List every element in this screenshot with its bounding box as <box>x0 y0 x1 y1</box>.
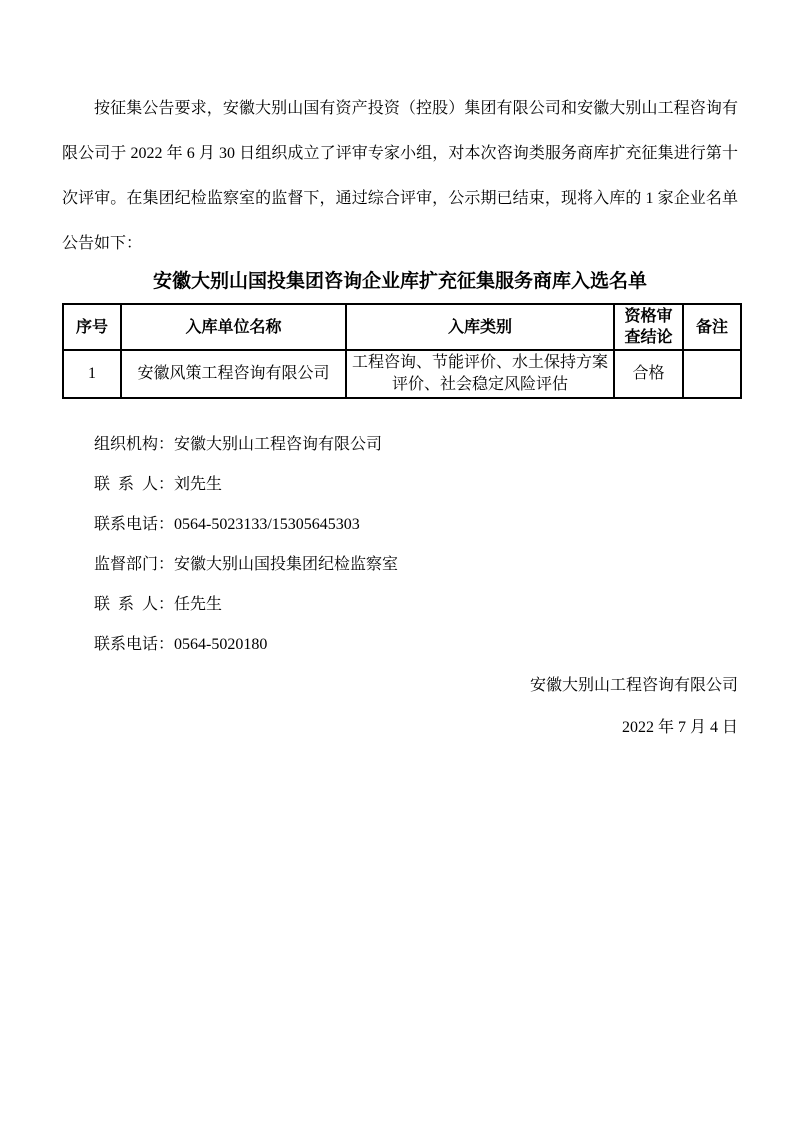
document-page: 按征集公告要求，安徽大别山国有资产投资（控股）集团有限公司和安徽大别山工程咨询有… <box>0 0 793 1122</box>
intro-paragraph: 按征集公告要求，安徽大别山国有资产投资（控股）集团有限公司和安徽大别山工程咨询有… <box>62 86 738 266</box>
table-title: 安徽大别山国投集团咨询企业库扩充征集服务商库入选名单 <box>62 268 738 296</box>
cell-unit-name: 安徽风策工程咨询有限公司 <box>121 350 346 398</box>
contact-line-person-1: 联 系 人：刘先生 <box>94 465 738 505</box>
cell-index: 1 <box>63 350 121 398</box>
cell-review-result: 合格 <box>614 350 683 398</box>
contact-line-organizer: 组织机构：安徽大别山工程咨询有限公司 <box>94 425 738 465</box>
contact-line-person-2: 联 系 人：任先生 <box>94 585 738 625</box>
selection-table: 序号 入库单位名称 入库类别 资格审查结论 备注 1 安徽风策工程咨询有限公司 … <box>62 303 742 399</box>
contact-info: 组织机构：安徽大别山工程咨询有限公司 联 系 人：刘先生 联系电话：0564-5… <box>62 425 738 665</box>
col-header-remark: 备注 <box>683 304 741 350</box>
cell-category: 工程咨询、节能评价、水土保持方案评价、社会稳定风险评估 <box>346 350 614 398</box>
col-header-index: 序号 <box>63 304 121 350</box>
signature-company: 安徽大别山工程咨询有限公司 <box>62 665 738 707</box>
col-header-unit-name: 入库单位名称 <box>121 304 346 350</box>
contact-line-phone-1: 联系电话：0564-5023133/15305645303 <box>94 505 738 545</box>
table-row: 1 安徽风策工程咨询有限公司 工程咨询、节能评价、水土保持方案评价、社会稳定风险… <box>63 350 741 398</box>
col-header-category: 入库类别 <box>346 304 614 350</box>
signature-block: 安徽大别山工程咨询有限公司 2022 年 7 月 4 日 <box>62 665 738 749</box>
contact-line-phone-2: 联系电话：0564-5020180 <box>94 625 738 665</box>
contact-line-supervisor: 监督部门：安徽大别山国投集团纪检监察室 <box>94 545 738 585</box>
col-header-review-result: 资格审查结论 <box>614 304 683 350</box>
signature-date: 2022 年 7 月 4 日 <box>62 707 738 749</box>
table-header-row: 序号 入库单位名称 入库类别 资格审查结论 备注 <box>63 304 741 350</box>
cell-remark <box>683 350 741 398</box>
